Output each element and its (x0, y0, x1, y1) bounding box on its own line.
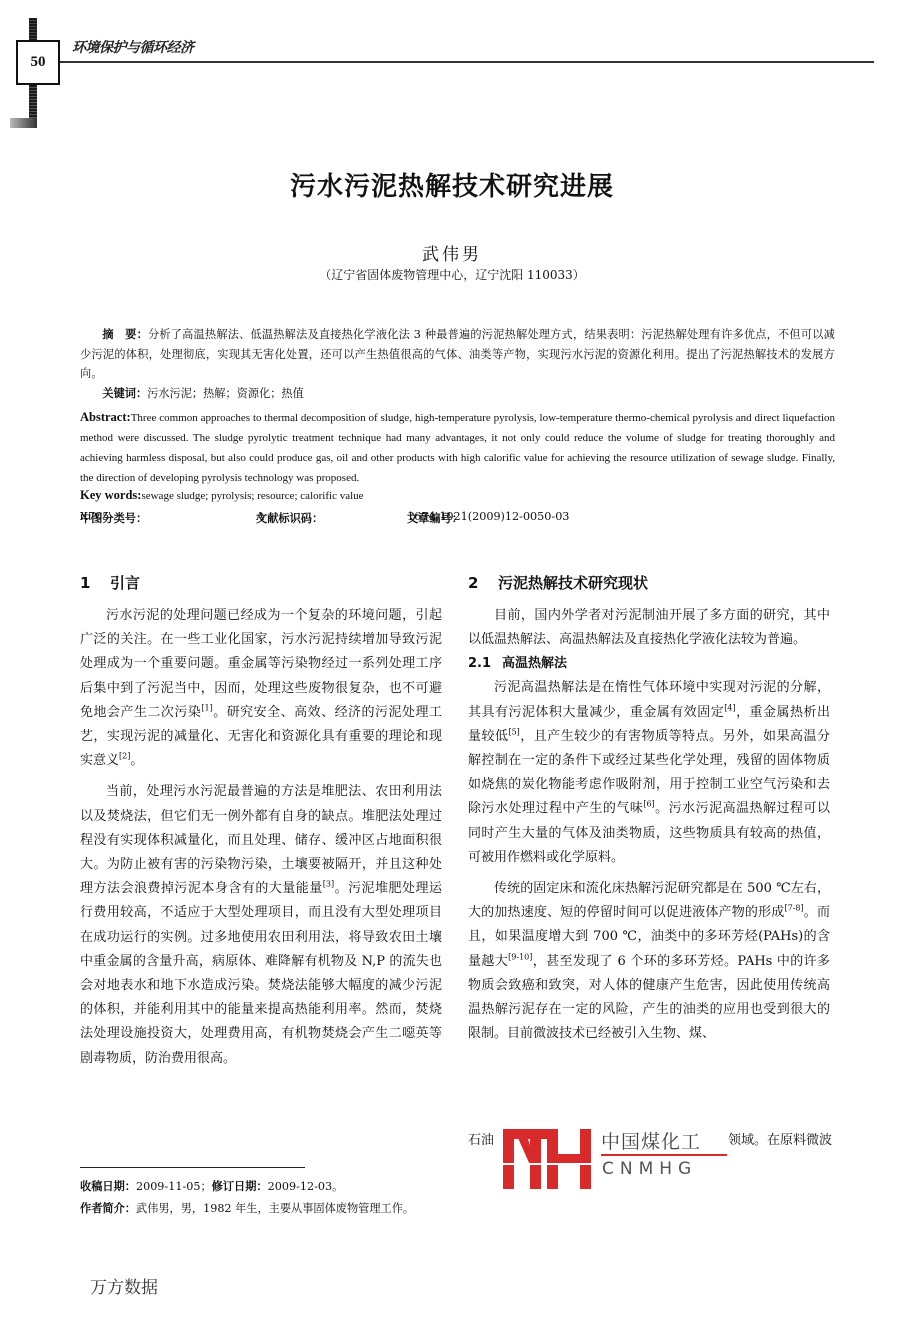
page-number-box: 50 (16, 40, 60, 85)
citation-3[interactable]: [3] (323, 880, 334, 889)
keywords-zh: 关键词：污水污泥；热解；资源化；热值 (80, 385, 835, 401)
section-1-heading: 1引言 (80, 570, 442, 596)
received-date: 2009-11-05； (136, 1180, 212, 1193)
right-column: 2污泥热解技术研究现状 目前，国内外学者对污泥制油开展了多方面的研究，其中以低温… (468, 570, 830, 1046)
abstract-en: Abstract:Three common approaches to ther… (80, 407, 835, 488)
keywords-en: Key words:sewage sludge; pyrolysis; reso… (80, 488, 835, 503)
article-affiliation: （辽宁省固体废物管理中心，辽宁沈阳 110033） (0, 266, 904, 283)
abstract-en-text: Three common approaches to thermal decom… (80, 412, 835, 484)
section-2-paragraph-1: 目前，国内外学者对污泥制油开展了多方面的研究，其中以低温热解法、高温热解法及直接… (468, 604, 830, 652)
page-number: 50 (31, 54, 46, 71)
citation-7-8[interactable]: [7-8] (784, 904, 803, 913)
abstract-en-label: Abstract: (80, 410, 131, 424)
citation-2[interactable]: [2] (119, 752, 130, 761)
section-1-paragraph-2: 当前，处理污水污泥最普遍的方法是堆肥法、农田利用法以及焚烧法，但它们无一例外都有… (80, 780, 442, 1070)
header-rule (60, 61, 874, 63)
section-1-number: 1 (80, 570, 110, 596)
keywords-zh-text: 污水污泥；热解；资源化；热值 (147, 387, 304, 400)
revised-label: 修订日期： (212, 1180, 268, 1193)
logo-name-cn: 中国煤化工 (601, 1127, 701, 1154)
subsection-2-1-title: 高温热解法 (502, 656, 567, 671)
section-2-paragraph-3: 传统的固定床和流化床热解污泥研究都是在 500 ℃左右，大的加热速度、短的停留时… (468, 877, 830, 1046)
text-run: 。 (130, 753, 143, 768)
article-author: 武伟男 (0, 240, 904, 265)
section-1-title: 引言 (110, 574, 140, 592)
text-run: 。污泥堆肥处理运行费用较高，不适应于大型处理项目，而且没有大型处理项目在成功运行… (80, 881, 442, 1065)
section-2-paragraph-2: 污泥高温热解法是在惰性气体环境中实现对污泥的分解，其具有污泥体积大量减少，重金属… (468, 676, 830, 870)
footnote-author-bio: 作者简介：武伟男，男，1982 年生，主要从事固体废物管理工作。 (80, 1200, 414, 1216)
author-bio-label: 作者简介： (80, 1202, 136, 1215)
classification-row: 中图分类号：X705 文献标识码：A 文章编号：1674-1021(2009)1… (80, 510, 835, 528)
received-label: 收稿日期： (80, 1180, 136, 1193)
section-2-number: 2 (468, 570, 498, 596)
margin-decoration-top (29, 18, 37, 40)
abstract-zh-label: 摘 要： (102, 328, 148, 341)
margin-decoration-foot (10, 118, 37, 128)
article-title: 污水污泥热解技术研究进展 (0, 166, 904, 203)
citation-5[interactable]: [5] (508, 727, 519, 736)
keywords-en-label: Key words: (80, 488, 141, 502)
last-line-head: 石油 (468, 1129, 494, 1148)
section-2-heading: 2污泥热解技术研究现状 (468, 570, 830, 596)
text-run: 传统的固定床和流化床热解污泥研究都是在 500 ℃左右，大的加热速度、短的停留时… (468, 881, 830, 920)
doc-code-label: 文献标识码： (256, 510, 323, 526)
text-run: ，甚至发现了 6 个环的多环芳烃。PAHs 中的许多物质会致癌和致突，对人体的健… (468, 954, 830, 1042)
section-1-paragraph-1: 污水污泥的处理问题已经成为一个复杂的环境问题，引起广泛的关注。在一些工业化国家，… (80, 604, 442, 773)
left-column: 1引言 污水污泥的处理问题已经成为一个复杂的环境问题，引起广泛的关注。在一些工业… (80, 570, 442, 1071)
abstract-zh: 摘 要：分析了高温热解法、低温热解法及直接热化学液化法 3 种最普遍的污泥热解处… (80, 325, 835, 384)
doc-code-value: A (256, 510, 264, 523)
keywords-en-text: sewage sludge; pyrolysis; resource; calo… (141, 490, 363, 502)
article-number-value: 1674-1021(2009)12-0050-03 (407, 510, 569, 523)
footnote-dates: 收稿日期：2009-11-05；修订日期：2009-12-03。 (80, 1178, 343, 1194)
citation-4[interactable]: [4] (724, 703, 735, 712)
footnote-rule (80, 1167, 305, 1168)
section-2-title: 污泥热解技术研究现状 (498, 574, 648, 592)
abstract-zh-text: 分析了高温热解法、低温热解法及直接热化学液化法 3 种最普遍的污泥热解处理方式，… (80, 328, 835, 380)
cnmhg-logo: 中国煤化工 CNMHG (503, 1127, 728, 1191)
keywords-zh-label: 关键词： (102, 387, 147, 400)
journal-name: 环境保护与循环经济 (72, 37, 194, 57)
logo-rule (601, 1154, 727, 1156)
cnmhg-mark-icon (503, 1129, 591, 1189)
citation-6[interactable]: [6] (643, 800, 654, 809)
citation-9-10[interactable]: [9-10] (508, 952, 532, 961)
author-bio-text: 武伟男，男，1982 年生，主要从事固体废物管理工作。 (136, 1202, 414, 1215)
text-run: 当前，处理污水污泥最普遍的方法是堆肥法、农田利用法以及焚烧法，但它们无一例外都有… (80, 784, 442, 896)
subsection-2-1-heading: 2.1高温热解法 (468, 652, 830, 676)
clc-value: X705 (80, 510, 109, 523)
citation-1[interactable]: [1] (201, 703, 212, 712)
text-run: 污水污泥的处理问题已经成为一个复杂的环境问题，引起广泛的关注。在一些工业化国家，… (80, 608, 442, 720)
last-line-tail: 领域。在原料微波 (728, 1129, 832, 1148)
source-watermark: 万方数据 (90, 1273, 158, 1298)
revised-date: 2009-12-03。 (268, 1180, 344, 1193)
subsection-2-1-number: 2.1 (468, 652, 502, 676)
logo-name-en: CNMHG (602, 1159, 697, 1179)
